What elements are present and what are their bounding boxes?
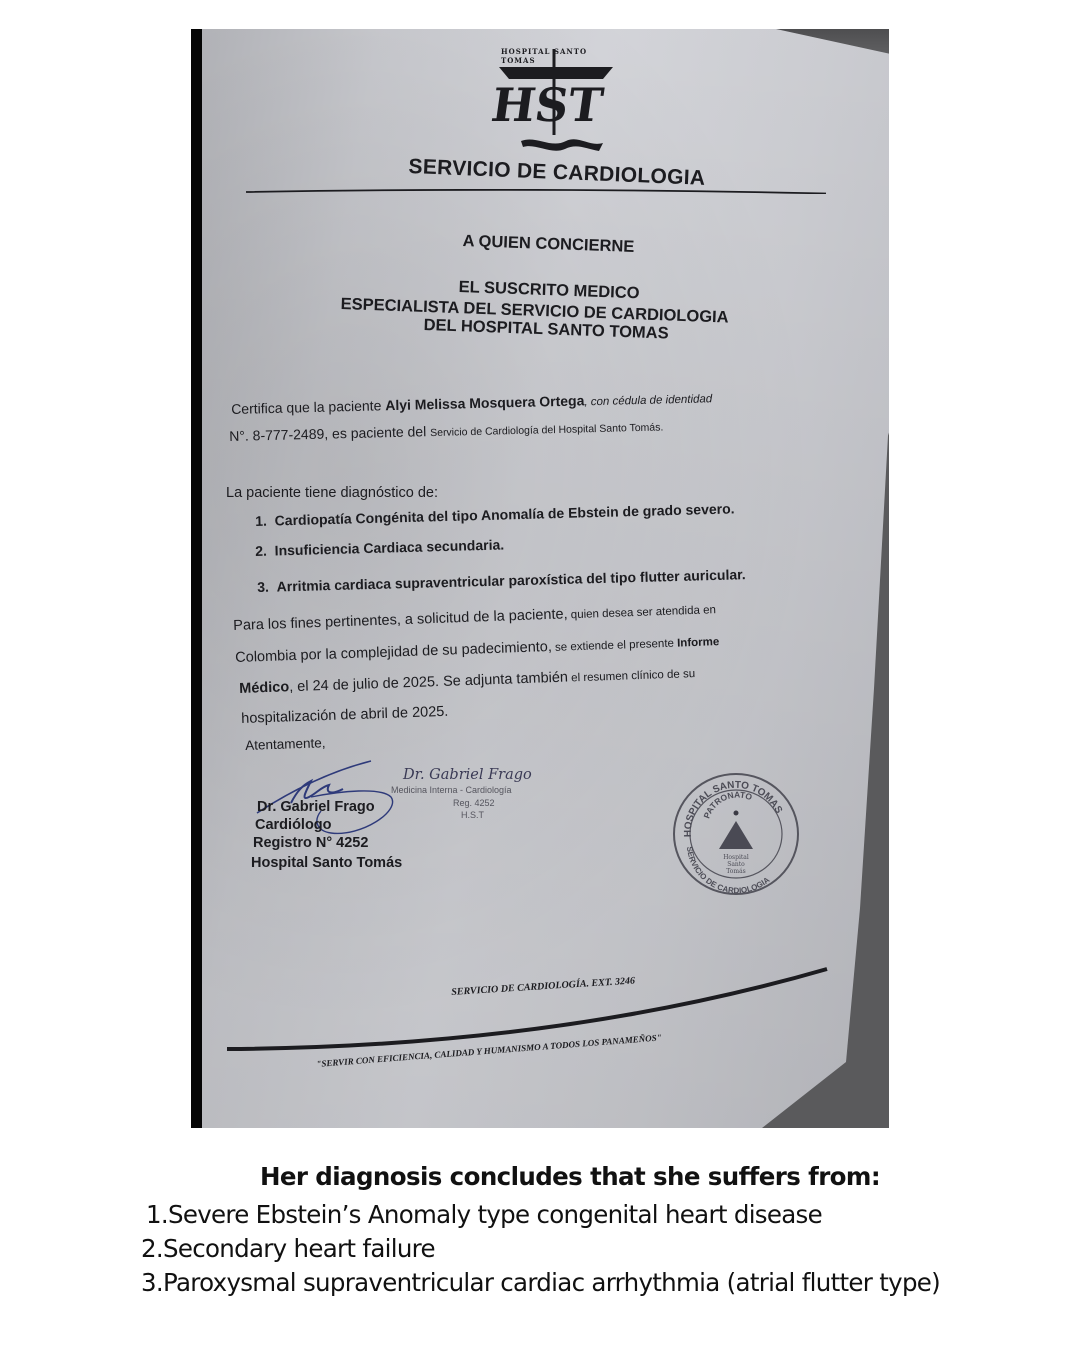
signature-name: Dr. Gabriel Frago — [257, 799, 375, 815]
caption-list-item: 3.Paroxysmal supraventricular cardiac ar… — [0, 1266, 940, 1300]
logo-hospital-name: HOSPITAL SANTO TOMAS — [501, 47, 621, 65]
patient-id: N°. 8-777-2489 — [229, 426, 324, 444]
caption-list-item: 2.Secondary heart failure — [0, 1232, 940, 1266]
hospital-seal-icon: HOSPITAL SANTO TOMAS PATRONATO Hospital … — [669, 767, 803, 901]
caption-title: Her diagnosis concludes that she suffers… — [0, 1162, 1080, 1191]
patient-name: Alyi Melissa Mosquera Ortega — [385, 392, 585, 413]
diagnosis-item: 2. Insuficiencia Cardiaca secundaria. — [255, 536, 504, 559]
hospital-logo: HOSPITAL SANTO TOMAS HST — [491, 43, 621, 163]
certification-line-2: N°. 8-777-2489, es paciente del Servicio… — [229, 417, 664, 444]
signature-title: Cardiólogo — [255, 817, 332, 833]
doctor-stamp-institution: H.S.T — [461, 810, 484, 820]
document-photo: HOSPITAL SANTO TOMAS HST SERVICIO DE CAR… — [191, 29, 889, 1128]
addressee: A QUIEN CONCIERNE — [462, 232, 634, 257]
svg-text:Santo: Santo — [727, 861, 745, 868]
doctor-stamp-registration: Reg. 4252 — [453, 798, 495, 808]
doctor-stamp-specialty: Medicina Interna - Cardiología — [391, 785, 512, 795]
paragraph-line-1: Para los fines pertinentes, a solicitud … — [233, 601, 716, 634]
diagnosis-item: 3. Arritmia cardiaca supraventricular pa… — [257, 566, 746, 595]
header-divider — [246, 189, 826, 194]
paragraph-line-4: hospitalización de abril de 2025. — [241, 704, 449, 727]
service-title: SERVICIO DE CARDIOLOGIA — [408, 155, 706, 191]
diagnosis-intro: La paciente tiene diagnóstico de: — [226, 485, 438, 501]
signature-registration: Registro N° 4252 — [253, 835, 368, 851]
caption-list-item: 1.Severe Ebstein’s Anomaly type congenit… — [0, 1198, 940, 1232]
svg-text:HST: HST — [491, 78, 607, 132]
caption-diagnosis-list: 1.Severe Ebstein’s Anomaly type congenit… — [0, 1198, 940, 1300]
diagnosis-item: 1. Cardiopatía Congénita del tipo Anomal… — [255, 500, 735, 529]
medical-certificate: HOSPITAL SANTO TOMAS HST SERVICIO DE CAR… — [191, 29, 889, 1128]
certification-line-1: Certifica que la paciente Alyi Melissa M… — [231, 389, 712, 417]
paragraph-line-3: Médico, el 24 de julio de 2025. Se adjun… — [239, 665, 695, 697]
svg-text:Tomás: Tomás — [726, 868, 746, 875]
signature-hospital: Hospital Santo Tomás — [251, 855, 402, 871]
paragraph-line-2: Colombia por la complejidad de su padeci… — [235, 633, 720, 666]
svg-text:Hospital: Hospital — [723, 854, 749, 861]
doctor-stamp-name: Dr. Gabriel Frago — [403, 767, 532, 783]
